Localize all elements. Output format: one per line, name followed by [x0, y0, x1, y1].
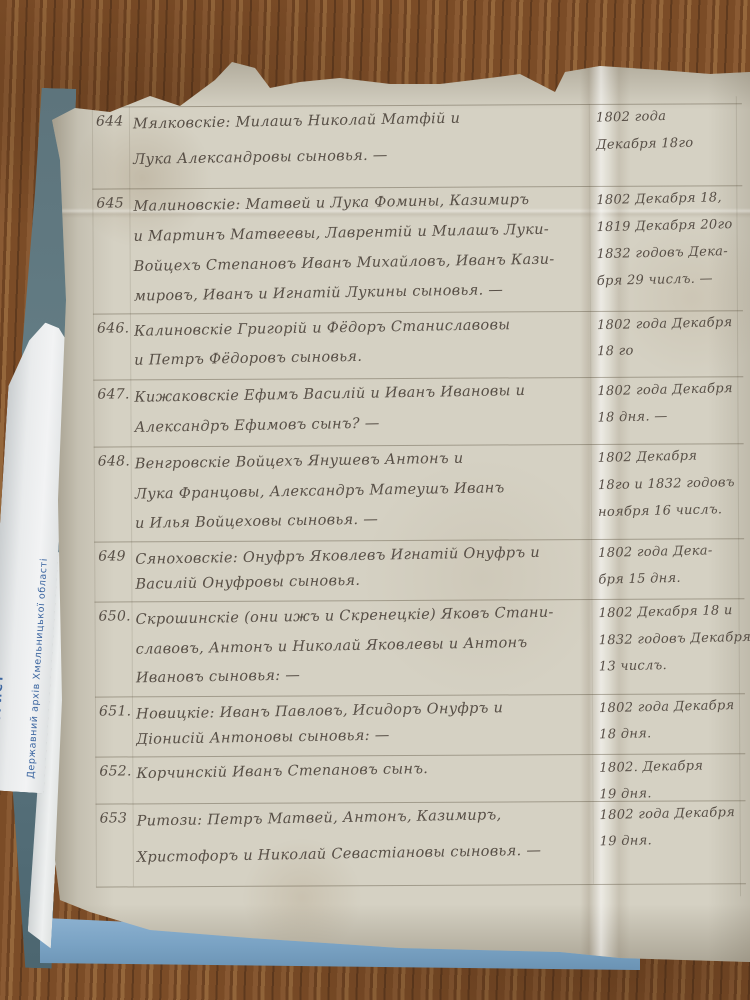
entry-date-line: 1802 Декабря 18, [596, 190, 722, 208]
entry-text-line: Лука Александровы сыновья. — [133, 148, 388, 168]
entry-text-line: Кижаковскіе Ефимъ Василій и Иванъ Иванов… [134, 383, 525, 406]
entry-date-line: 1802 года Дека- [598, 543, 713, 561]
entry-date-line: 1832 годовъ Декабря [599, 630, 750, 648]
date-column-rule [736, 96, 741, 896]
entry-date-line: бря 15 дня. [598, 571, 681, 588]
entry-text-line: Малиновскіе: Матвей и Лука Фомины, Казим… [133, 192, 529, 215]
entry-text-line: Ивановъ сыновья: — [136, 668, 301, 687]
row-rule-line [95, 753, 745, 757]
entry-date-line: 19 дня. [600, 833, 653, 849]
row-rule-line [96, 883, 746, 887]
entry-date-line: бря 29 числъ. — [597, 271, 713, 289]
entry-number: 644 [96, 113, 130, 129]
entry-date-line: 19 дня. [599, 786, 652, 802]
entry-date-line: 1802. Декабря [599, 759, 703, 776]
entry-number: 651. [99, 703, 133, 719]
entry-date-line: 13 числъ. [599, 658, 668, 675]
entry-date-line: ноября 16 числъ. [598, 502, 723, 520]
entry-text-line: Ритози: Петръ Матвей, Антонъ, Казимиръ, [136, 807, 501, 829]
entry-date-line: 1832 годовъ Дека- [596, 244, 728, 262]
entry-text-line: мировъ, Иванъ и Игнатій Лукины сыновья. … [134, 282, 504, 304]
entry-date-line: 1802 Декабря 18 и [598, 603, 732, 621]
archive-name-stamp: Державний архів Хмельницької області [25, 558, 49, 779]
entry-text-line: и Петръ Фёдоровъ сыновья. [134, 349, 362, 369]
entry-number: 645 [96, 195, 130, 211]
entry-date-line: 18 дня. — [597, 409, 667, 426]
number-column-rule [92, 107, 97, 887]
row-rule-line [93, 376, 743, 380]
entry-date-line: 18 дня. [599, 726, 652, 742]
row-rule-line [92, 185, 742, 189]
entry-date-line: 1802 года Декабря [599, 805, 735, 823]
row-rule-line [94, 443, 744, 447]
entry-text-line: Мялковскіе: Милашъ Николай Матфій и [133, 111, 461, 133]
entry-number: 648. [98, 453, 132, 469]
entry-text-line: Сяноховскіе: Онуфръ Яковлевъ Игнатій Ону… [135, 545, 540, 568]
entry-text-line: Войцехъ Степановъ Иванъ Михайловъ, Иванъ… [134, 252, 555, 275]
date-column-rule [589, 104, 594, 884]
entry-date-line: 18 го [597, 343, 634, 359]
row-rule-line [95, 693, 745, 697]
entry-text-line: Скрошинскіе (они ижъ и Скренецкіе) Яковъ… [135, 605, 553, 628]
entry-date-line: 1819 Декабря 20го [596, 217, 732, 235]
entry-text-line: и Мартинъ Матвеевы, Лаврентій и Милашъ Л… [133, 222, 549, 245]
entry-number: 652. [99, 763, 133, 779]
register-table: 644Мялковскіе: Милашъ Николай Матфій иЛу… [50, 56, 750, 970]
entry-number: 646. [97, 320, 131, 336]
entry-text-line: славовъ, Антонъ и Николай Яковлевы и Ант… [136, 635, 528, 658]
entry-text-line: Василій Онуфровы сыновья. [135, 573, 360, 593]
entry-date-line: 18го и 1832 годовъ [598, 475, 735, 493]
entry-text-line: Христофоръ и Николай Севастіановы сыновь… [137, 843, 542, 866]
entry-date-line: 1802 года Декабря [599, 698, 735, 716]
entry-text-line: Калиновскіе Григорій и Фёдоръ Станиславо… [134, 317, 511, 340]
row-rule-line [93, 310, 743, 314]
entry-text-line: Лука Францовы, Александръ Матеушъ Иванъ [135, 480, 505, 502]
entry-text-line: Венгровскіе Войцехъ Янушевъ Антонъ и [135, 451, 464, 473]
entry-text-line: Александръ Ефимовъ сынъ? — [134, 415, 379, 435]
row-rule-line [94, 538, 744, 542]
row-rule-line [94, 598, 744, 602]
entry-date-line: 1802 Декабря [598, 449, 698, 466]
entry-text-line: Новицкіе: Иванъ Павловъ, Исидоръ Онуфръ … [136, 700, 503, 722]
entry-text-line: Корчинскій Иванъ Степановъ сынъ. [136, 761, 428, 782]
entry-date-line: Декабря 18го [596, 136, 694, 153]
entry-number: 653 [100, 810, 134, 826]
entry-date-line: 1802 года Декабря [597, 315, 733, 333]
usage-sheet-title-stamp: АРКУШ КОРИСТ [0, 673, 6, 793]
entry-text-line: и Илья Войцеховы сыновья. — [135, 512, 378, 532]
entry-date-line: 1802 года [596, 109, 667, 126]
entry-number: 649 [98, 548, 132, 564]
entry-number: 647. [97, 386, 131, 402]
entry-date-line: 1802 года Декабря [597, 381, 733, 399]
entry-number: 650. [98, 608, 132, 624]
entry-text-line: Діонисій Антоновы сыновья: — [136, 728, 390, 748]
row-rule-line [92, 103, 742, 107]
manuscript-page: 644Мялковскіе: Милашъ Николай Матфій иЛу… [52, 58, 750, 968]
